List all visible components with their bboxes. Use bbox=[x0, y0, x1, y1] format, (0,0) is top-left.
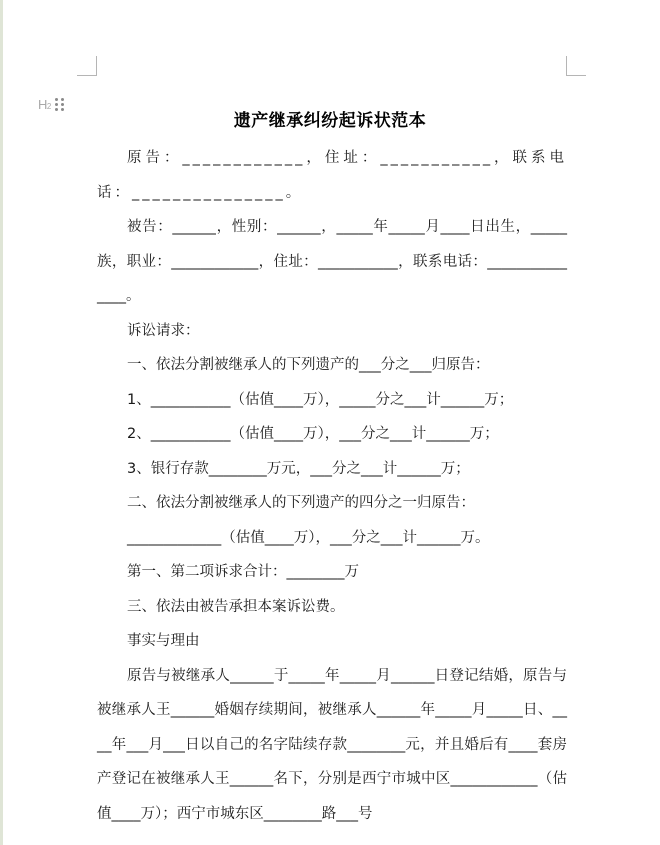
paragraph-claim-1-item-1[interactable]: 1、___________（估值____万），_____分之___计______… bbox=[97, 383, 567, 418]
paragraph-claim-1-item-2[interactable]: 2、___________（估值____万），___分之___计______万； bbox=[97, 417, 567, 452]
paragraph-facts-body[interactable]: 原告与被继承人______于_____年_____月______日登记结婚，原告… bbox=[97, 659, 567, 832]
paragraph-claim-3[interactable]: 三、依法由被告承担本案诉讼费。 bbox=[97, 590, 567, 625]
paragraph-claim-1-item-3[interactable]: 3、银行存款________万元，___分之___计______万； bbox=[97, 452, 567, 487]
paragraph-claim-2[interactable]: 二、依法分割被继承人的下列遗产的四分之一归原告： bbox=[97, 486, 567, 521]
document-title[interactable]: 遗产继承纠纷起诉状范本 bbox=[0, 106, 660, 131]
page-corner-mark-top-right bbox=[566, 56, 586, 76]
page-corner-mark-top-left bbox=[77, 56, 97, 76]
paragraph-plaintiff[interactable]: 原告：____________，住址：___________，联系电话：____… bbox=[97, 141, 567, 210]
paragraph-claims-total[interactable]: 第一、第二项诉求合计：________万 bbox=[97, 555, 567, 590]
paragraph-claims-heading[interactable]: 诉讼请求： bbox=[97, 314, 567, 349]
paragraph-claim-2-item[interactable]: _____________（估值____万），___分之___计______万。 bbox=[97, 521, 567, 556]
document-body[interactable]: 原告：____________，住址：___________，联系电话：____… bbox=[97, 141, 567, 831]
paragraph-defendant[interactable]: 被告：______，性别：______，_____年_____月____日出生，… bbox=[97, 210, 567, 314]
paragraph-claim-1[interactable]: 一、依法分割被继承人的下列遗产的___分之___归原告： bbox=[97, 348, 567, 383]
paragraph-facts-heading[interactable]: 事实与理由 bbox=[97, 624, 567, 659]
